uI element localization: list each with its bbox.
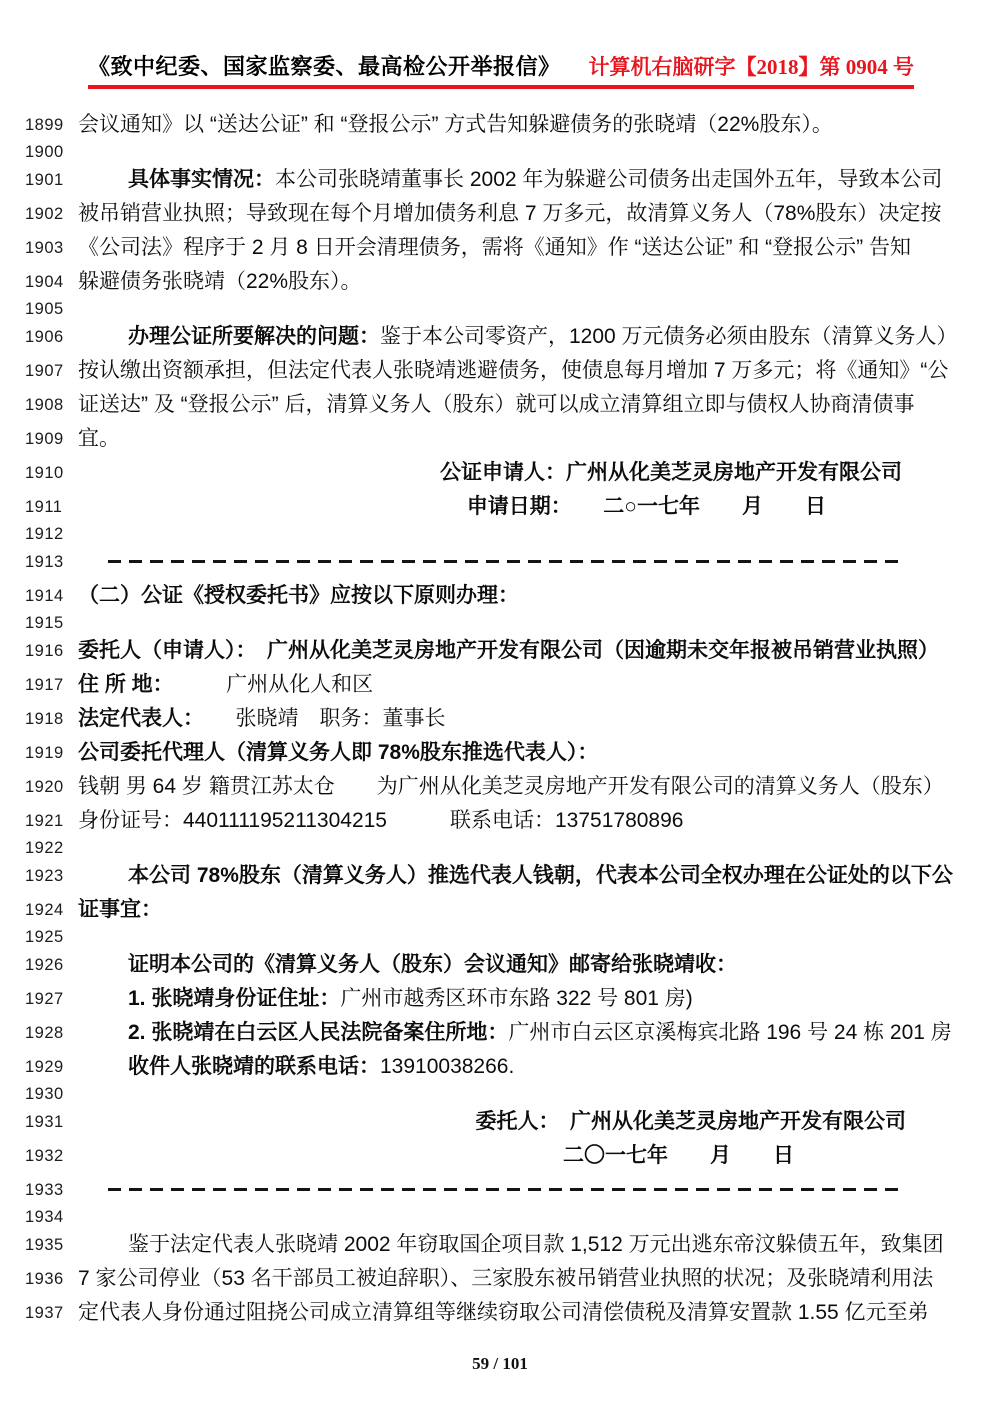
line-text: 具体事实情况：本公司张晓靖董事长 2002 年为躲避公司债务出走国外五年，导致本… [78,163,942,197]
line-text: 7 家公司停业（53 名干部员工被迫辞职）、三家股东被吊销营业执照的状况；及张晓… [78,1262,933,1296]
line-number: 1919 [25,736,78,770]
line-row: 1909宜。 [25,422,912,456]
report-letter-title: 《致中纪委、国家监察委、最高检公开举报信》 [88,50,561,81]
line-number: 1924 [25,893,78,927]
line-row: 1910公证申请人：广州从化美芝灵房地产开发有限公司 [25,456,912,490]
line-text-segment: 广州市白云区京溪梅宾北路 196 号 24 栋 201 房 [508,1021,951,1044]
line-text-segment: 13910038266. [380,1055,514,1078]
line-number: 1917 [25,668,78,702]
line-number: 1918 [25,702,78,736]
line-text: 2. 张晓靖在白云区人民法院备案住所地：广州市白云区京溪梅宾北路 196 号 2… [78,1016,952,1050]
line-row: 1926证明本公司的《清算义务人（股东）会议通知》邮寄给张晓靖收： [25,948,912,982]
line-number: 1905 [25,299,78,320]
dashed-divider [78,545,912,563]
line-row: 1916委托人（申请人）： 广州从化美芝灵房地产开发有限公司（因逾期未交年报被吊… [25,634,912,668]
line-row: 1914（二）公证《授权委托书》应按以下原则办理： [25,579,912,613]
line-text-segment: 会议通知》以 “送达公证” 和 “登报公示” 方式告知躲避债务的张晓靖（22%股… [78,113,833,136]
page-indicator: 59 / 101 [472,1354,528,1373]
line-text: 公司委托代理人（清算义务人即 78%股东推选代表人）： [78,736,912,770]
line-text-segment: 定代表人身份通过阻挠公司成立清算组等继续窃取公司清偿债税及清算安置款 1.55 … [78,1301,929,1324]
line-row: 1937定代表人身份通过阻挠公司成立清算组等继续窃取公司清偿债税及清算安置款 1… [25,1296,912,1330]
line-text: 住 所 地： 广州从化人和区 [78,668,912,702]
line-text: 申请日期： 二○一七年 月 日 [78,490,912,524]
line-text: 公证申请人：广州从化美芝灵房地产开发有限公司 [78,456,912,490]
line-number: 1907 [25,354,78,388]
line-text-segment: 7 家公司停业（53 名干部员工被迫辞职）、三家股东被吊销营业执照的状况；及张晓… [78,1267,933,1290]
line-text-segment: 广州从化人和区 [163,673,373,696]
line-number: 1930 [25,1084,78,1105]
line-number: 1915 [25,613,78,634]
line-number: 1903 [25,231,78,265]
line-row: 19271. 张晓靖身份证住址：广州市越秀区环市东路 322 号 801 房) [25,982,912,1016]
line-row: 1918法定代表人： 张晓靖 职务：董事长 [25,702,912,736]
line-text: 定代表人身份通过阻挠公司成立清算组等继续窃取公司清偿债税及清算安置款 1.55 … [78,1296,929,1330]
line-text: 被吊销营业执照；导致现在每个月增加债务利息 7 万多元，故清算义务人（78%股东… [78,197,941,231]
line-number: 1928 [25,1016,78,1050]
line-row: 1905 [25,299,912,320]
line-number: 1934 [25,1207,78,1228]
line-text: 《公司法》程序于 2 月 8 日开会清理债务，需将《通知》作 “送达公证” 和 … [78,231,912,265]
line-text-bold-segment: 证事宜： [78,898,162,921]
line-text-segment: 张晓靖 职务：董事长 [194,707,446,730]
line-row: 19367 家公司停业（53 名干部员工被迫辞职）、三家股东被吊销营业执照的状况… [25,1262,912,1296]
line-row: 1920钱朝 男 64 岁 籍贯江苏太仓 为广州从化美芝灵房地产开发有限公司的清… [25,770,912,804]
line-text: 躲避债务张晓靖（22%股东）。 [78,265,912,299]
page-header: 《致中纪委、国家监察委、最高检公开举报信》 计算机右脑研字【2018】第 090… [88,50,914,96]
line-row: 1913 [25,545,912,579]
line-number: 1929 [25,1050,78,1084]
line-row: 19282. 张晓靖在白云区人民法院备案住所地：广州市白云区京溪梅宾北路 196… [25,1016,912,1050]
line-text: 1. 张晓靖身份证住址：广州市越秀区环市东路 322 号 801 房) [78,982,912,1016]
line-row: 1921身份证号：440111195211304215 联系电话：1375178… [25,804,912,838]
line-text: （二）公证《授权委托书》应按以下原则办理： [78,579,912,613]
document-number: 计算机右脑研字【2018】第 0904 号 [589,51,915,81]
line-row: 1935鉴于法定代表人张晓靖 2002 年窃取国企项目款 1,512 万元出逃东… [25,1228,912,1262]
line-text-bold-segment: 1. 张晓靖身份证住址： [128,987,340,1010]
line-row: 1911申请日期： 二○一七年 月 日 [25,490,912,524]
line-text-bold-segment: 证明本公司的《清算义务人（股东）会议通知》邮寄给张晓靖收： [128,953,737,976]
line-text: 宜。 [78,422,912,456]
line-row: 1906办理公证所要解决的问题：鉴于本公司零资产，1200 万元债务必须由股东（… [25,320,912,354]
line-row: 1933 [25,1173,912,1207]
line-number: 1910 [25,456,78,490]
line-row: 1903《公司法》程序于 2 月 8 日开会清理债务，需将《通知》作 “送达公证… [25,231,912,265]
line-text: 法定代表人： 张晓靖 职务：董事长 [78,702,912,736]
line-number: 1902 [25,197,78,231]
line-text: 委托人： 广州从化美芝灵房地产开发有限公司 [78,1105,912,1139]
line-number: 1909 [25,422,78,456]
line-text-bold-segment: 委托人： 广州从化美芝灵房地产开发有限公司 [476,1110,907,1133]
line-row: 1922 [25,838,912,859]
line-text-bold-segment: 收件人张晓靖的联系电话： [128,1055,380,1078]
line-row: 1923本公司 78%股东（清算义务人）推选代表人钱朝，代表本公司全权办理在公证… [25,859,912,893]
line-text-segment: 《公司法》程序于 2 月 8 日开会清理债务，需将《通知》作 “送达公证” 和 … [78,236,911,259]
line-row: 1932二〇一七年 月 日 [25,1139,912,1173]
line-row: 1912 [25,524,912,545]
line-text-bold-segment: 住 所 地： [78,673,163,696]
line-number: 1933 [25,1173,78,1207]
line-text-segment: 证送达” 及 “登报公示” 后，清算义务人（股东）就可以成立清算组立即与债权人协… [78,393,914,416]
line-row: 1899会议通知》以 “送达公证” 和 “登报公示” 方式告知躲避债务的张晓靖（… [25,108,912,142]
line-text-bold-segment: 具体事实情况： [128,168,275,191]
line-row: 1904躲避债务张晓靖（22%股东）。 [25,265,912,299]
line-text-bold-segment: 委托人（申请人）： 广州从化美芝灵房地产开发有限公司（因逾期未交年报被吊销营业执… [78,639,939,662]
line-number: 1900 [25,142,78,163]
line-row: 1907按认缴出资额承担，但法定代表人张晓靖逃避债务，使债息每月增加 7 万多元… [25,354,912,388]
line-number: 1906 [25,320,78,354]
line-text-segment: 鉴于本公司零资产，1200 万元债务必须由股东（清算义务人） [380,325,958,348]
header-rule [88,85,914,89]
line-text: 二〇一七年 月 日 [78,1139,912,1173]
line-text-segment: 躲避债务张晓靖（22%股东）。 [78,270,362,293]
line-text: 身份证号：440111195211304215 联系电话：13751780896 [78,804,912,838]
line-number: 1937 [25,1296,78,1330]
line-text: 证明本公司的《清算义务人（股东）会议通知》邮寄给张晓靖收： [78,948,912,982]
line-row: 1925 [25,927,912,948]
line-number: 1922 [25,838,78,859]
line-number: 1920 [25,770,78,804]
dashed-divider [78,1173,912,1191]
line-number: 1927 [25,982,78,1016]
line-text: 会议通知》以 “送达公证” 和 “登报公示” 方式告知躲避债务的张晓靖（22%股… [78,108,912,142]
dashed-line [108,560,898,563]
line-number: 1901 [25,163,78,197]
line-text: 按认缴出资额承担，但法定代表人张晓靖逃避债务，使债息每月增加 7 万多元；将《通… [78,354,948,388]
line-number: 1925 [25,927,78,948]
line-text: 钱朝 男 64 岁 籍贯江苏太仓 为广州从化美芝灵房地产开发有限公司的清算义务人… [78,770,944,804]
line-text-bold-segment: 公证申请人：广州从化美芝灵房地产开发有限公司 [440,461,902,484]
line-text: 委托人（申请人）： 广州从化美芝灵房地产开发有限公司（因逾期未交年报被吊销营业执… [78,634,939,668]
line-text-bold-segment: 公司委托代理人（清算义务人即 78%股东推选代表人）： [78,741,598,764]
line-number: 1911 [25,490,78,524]
line-text-segment: 身份证号：440111195211304215 联系电话：13751780896 [78,809,683,832]
document-page: 《致中纪委、国家监察委、最高检公开举报信》 计算机右脑研字【2018】第 090… [0,0,1000,1413]
line-text-segment: 钱朝 男 64 岁 籍贯江苏太仓 为广州从化美芝灵房地产开发有限公司的清算义务人… [78,775,944,798]
line-text-bold-segment: 2. 张晓靖在白云区人民法院备案住所地： [128,1021,508,1044]
line-number: 1912 [25,524,78,545]
line-text: 办理公证所要解决的问题：鉴于本公司零资产，1200 万元债务必须由股东（清算义务… [78,320,958,354]
line-number: 1913 [25,545,78,579]
line-text-bold-segment: 本公司 78%股东（清算义务人）推选代表人钱朝，代表本公司全权办理在公证处的以下… [128,864,953,887]
line-row: 1900 [25,142,912,163]
line-text-bold-segment: 法定代表人： [78,707,194,730]
line-row: 1919公司委托代理人（清算义务人即 78%股东推选代表人）： [25,736,912,770]
line-number: 1936 [25,1262,78,1296]
line-row: 1929收件人张晓靖的联系电话：13910038266. [25,1050,912,1084]
line-text-segment: 宜。 [78,427,120,450]
line-row: 1924证事宜： [25,893,912,927]
line-text: 证事宜： [78,893,912,927]
line-number: 1916 [25,634,78,668]
line-number: 1935 [25,1228,78,1262]
line-text-bold-segment: 申请日期： 二○一七年 月 日 [467,495,826,518]
page-footer: 59 / 101 [0,1354,1000,1374]
dashed-line [108,1188,898,1191]
line-row: 1917住 所 地： 广州从化人和区 [25,668,912,702]
line-number: 1923 [25,859,78,893]
line-row: 1908证送达” 及 “登报公示” 后，清算义务人（股东）就可以成立清算组立即与… [25,388,912,422]
line-text-bold-segment: 二〇一七年 月 日 [563,1144,794,1167]
line-text-bold-segment: （二）公证《授权委托书》应按以下原则办理： [78,584,519,607]
line-text: 收件人张晓靖的联系电话：13910038266. [78,1050,912,1084]
line-number: 1904 [25,265,78,299]
line-row: 1931委托人： 广州从化美芝灵房地产开发有限公司 [25,1105,912,1139]
line-number: 1931 [25,1105,78,1139]
line-number: 1914 [25,579,78,613]
line-row: 1915 [25,613,912,634]
line-text-segment: 鉴于法定代表人张晓靖 2002 年窃取国企项目款 1,512 万元出逃东帝汶躲债… [128,1233,944,1256]
line-text-segment: 按认缴出资额承担，但法定代表人张晓靖逃避债务，使债息每月增加 7 万多元；将《通… [78,359,948,382]
line-row: 1930 [25,1084,912,1105]
line-number: 1908 [25,388,78,422]
line-text: 本公司 78%股东（清算义务人）推选代表人钱朝，代表本公司全权办理在公证处的以下… [78,859,953,893]
line-number: 1899 [25,108,78,142]
line-text-bold-segment: 办理公证所要解决的问题： [128,325,380,348]
line-text-segment: 广州市越秀区环市东路 322 号 801 房) [340,987,692,1010]
line-row: 1902被吊销营业执照；导致现在每个月增加债务利息 7 万多元，故清算义务人（7… [25,197,912,231]
line-number: 1921 [25,804,78,838]
line-row: 1901具体事实情况：本公司张晓靖董事长 2002 年为躲避公司债务出走国外五年… [25,163,912,197]
line-number: 1926 [25,948,78,982]
line-row: 1934 [25,1207,912,1228]
line-text: 鉴于法定代表人张晓靖 2002 年窃取国企项目款 1,512 万元出逃东帝汶躲债… [78,1228,944,1262]
line-number: 1932 [25,1139,78,1173]
line-text-segment: 本公司张晓靖董事长 2002 年为躲避公司债务出走国外五年，导致本公司 [275,168,942,191]
line-text: 证送达” 及 “登报公示” 后，清算义务人（股东）就可以成立清算组立即与债权人协… [78,388,914,422]
document-lines: 1899会议通知》以 “送达公证” 和 “登报公示” 方式告知躲避债务的张晓靖（… [25,108,912,1330]
line-text-segment: 被吊销营业执照；导致现在每个月增加债务利息 7 万多元，故清算义务人（78%股东… [78,202,941,225]
